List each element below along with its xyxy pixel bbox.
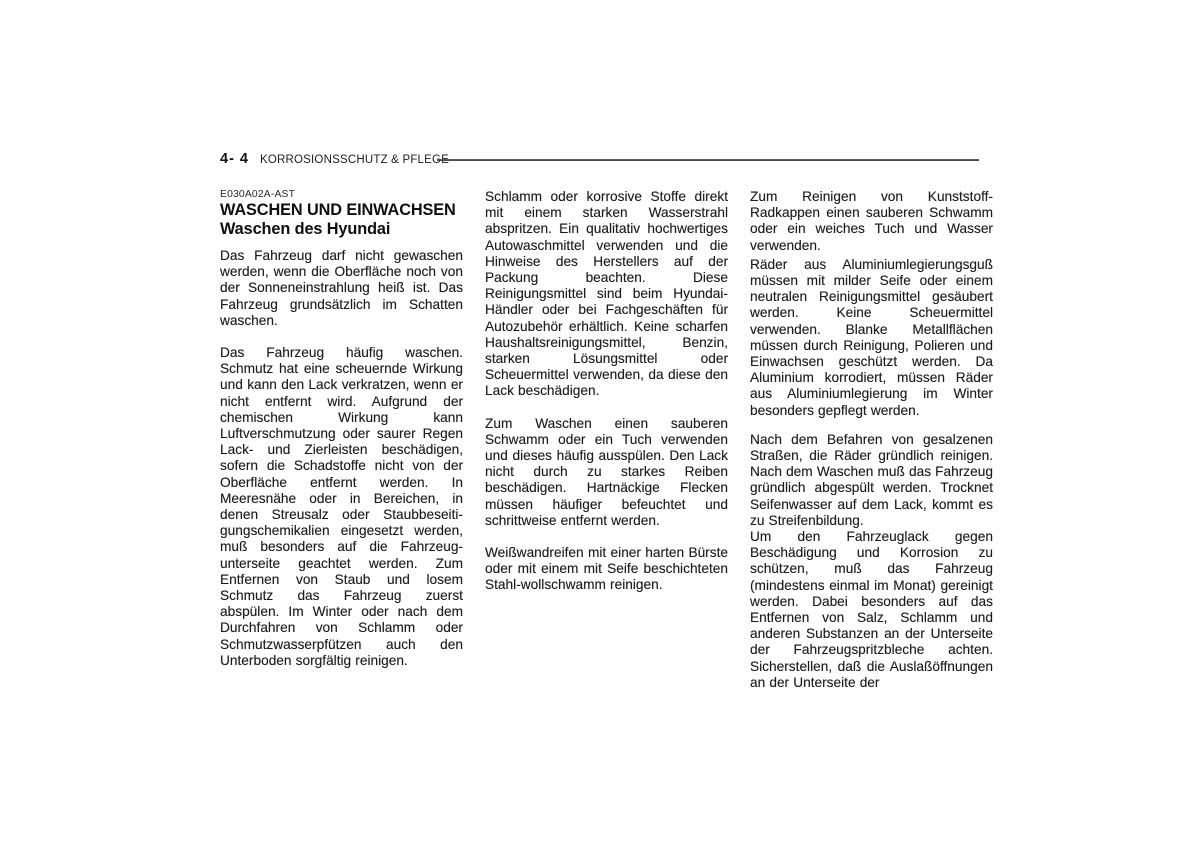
body-paragraph: Das Fahrzeug darf nicht gewaschen werden… xyxy=(220,248,463,329)
body-paragraph: Schlamm oder korrosive Stoffe direkt mit… xyxy=(485,189,728,400)
section-title: KORROSIONSSCHUTZ & PFLEGE xyxy=(260,154,449,166)
article-code: E030A02A-AST xyxy=(220,189,463,200)
column-left: E030A02A-AST WASCHEN UND EINWACHSEN Wasc… xyxy=(220,189,463,691)
body-paragraph: Weißwandreifen mit einer harten Bürste o… xyxy=(485,545,728,594)
article-subtitle: Waschen des Hyundai xyxy=(220,220,463,239)
column-middle: Schlamm oder korrosive Stoffe direkt mit… xyxy=(485,189,728,691)
header-rule xyxy=(437,159,979,161)
body-paragraph: Um den Fahrzeuglack gegen Beschädigung u… xyxy=(750,529,993,691)
manual-page: 4- 4KORROSIONSSCHUTZ & PFLEGE E030A02A-A… xyxy=(0,0,1200,848)
body-paragraph: Zum Reinigen von Kunststoff-Radkappen ei… xyxy=(750,189,993,254)
body-paragraph: Zum Waschen einen sauberen Schwamm oder … xyxy=(485,416,728,529)
body-paragraph: Das Fahrzeug häufig waschen. Schmutz hat… xyxy=(220,345,463,669)
article-title: WASCHEN UND EINWACHSEN xyxy=(220,201,463,220)
page-number: 4- 4 xyxy=(220,151,249,167)
page-header: 4- 4KORROSIONSSCHUTZ & PFLEGE xyxy=(220,150,449,168)
body-paragraph: Räder aus Aluminiumlegierungsguß müssen … xyxy=(750,257,993,419)
column-right: Zum Reinigen von Kunststoff-Radkappen ei… xyxy=(750,189,993,691)
body-paragraph: Nach dem Befahren von gesalzenen Straßen… xyxy=(750,432,993,529)
text-columns: E030A02A-AST WASCHEN UND EINWACHSEN Wasc… xyxy=(220,189,993,691)
